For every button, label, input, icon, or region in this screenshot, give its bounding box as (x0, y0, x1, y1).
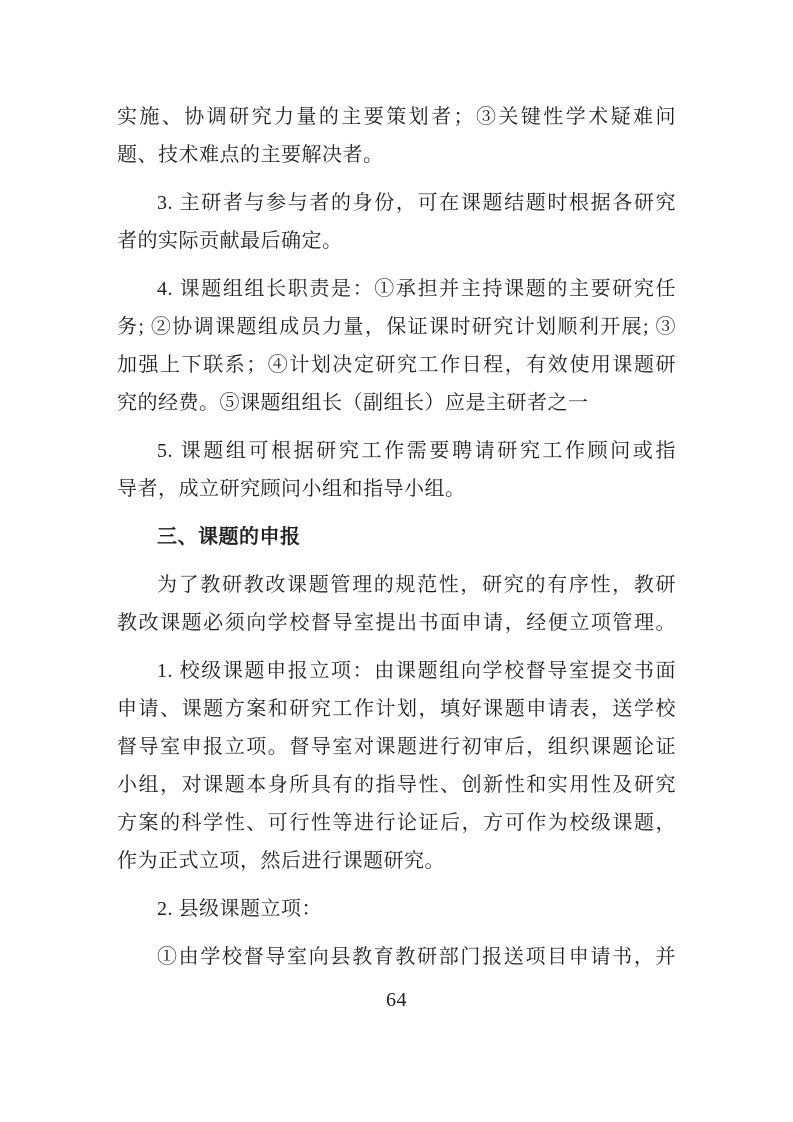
text-line: 申请、课题方案和研究工作计划，填好课题申请表，送学校 (117, 690, 676, 728)
text-line: 究的经费。⑤课题组组长（副组长）应是主研者之一 (117, 384, 676, 422)
text-line: 三、课题的申报 (117, 518, 676, 556)
text-line: 题、技术难点的主要解决者。 (117, 136, 676, 174)
paragraph: 为了教研教改课题管理的规范性，研究的有序性，教研教改课题必须向学校督导室提出书面… (117, 566, 676, 642)
document-body: 实施、协调研究力量的主要策划者；③关键性学术疑难问题、技术难点的主要解决者。3.… (117, 98, 676, 986)
paragraph: 5. 课题组可根据研究工作需要聘请研究工作顾问或指导者，成立研究顾问小组和指导小… (117, 432, 676, 508)
text-line: ①由学校督导室向县教育教研部门报送项目申请书，并 (117, 938, 676, 976)
paragraph: 1. 校级课题申报立项：由课题组向学校督导室提交书面申请、课题方案和研究工作计划… (117, 652, 676, 880)
document-page: 实施、协调研究力量的主要策划者；③关键性学术疑难问题、技术难点的主要解决者。3.… (0, 0, 793, 1122)
text-line: 实施、协调研究力量的主要策划者；③关键性学术疑难问 (117, 98, 676, 136)
paragraph: ①由学校督导室向县教育教研部门报送项目申请书，并 (117, 938, 676, 976)
text-line: 方案的科学性、可行性等进行论证后，方可作为校级课题， (117, 804, 676, 842)
paragraph: 实施、协调研究力量的主要策划者；③关键性学术疑难问题、技术难点的主要解决者。 (117, 98, 676, 174)
text-line: 导者，成立研究顾问小组和指导小组。 (117, 470, 676, 508)
paragraph: 2. 县级课题立项： (117, 890, 676, 928)
page-number: 64 (0, 988, 793, 1012)
text-line: 4. 课题组组长职责是：①承担并主持课题的主要研究任 (117, 270, 676, 308)
text-line: 督导室申报立项。督导室对课题进行初审后，组织课题论证 (117, 728, 676, 766)
section-heading: 三、课题的申报 (117, 518, 676, 556)
paragraph: 3. 主研者与参与者的身份，可在课题结题时根据各研究者的实际贡献最后确定。 (117, 184, 676, 260)
text-line: 作为正式立项，然后进行课题研究。 (117, 842, 676, 880)
text-line: 者的实际贡献最后确定。 (117, 222, 676, 260)
text-line: 务; ②协调课题组成员力量，保证课时研究计划顺利开展; ③ (117, 308, 676, 346)
text-line: 5. 课题组可根据研究工作需要聘请研究工作顾问或指 (117, 432, 676, 470)
text-line: 加强上下联系；④计划决定研究工作日程，有效使用课题研 (117, 346, 676, 384)
text-line: 小组，对课题本身所具有的指导性、创新性和实用性及研究 (117, 766, 676, 804)
paragraph: 4. 课题组组长职责是：①承担并主持课题的主要研究任务; ②协调课题组成员力量，… (117, 270, 676, 422)
text-line: 为了教研教改课题管理的规范性，研究的有序性，教研 (117, 566, 676, 604)
text-line: 教改课题必须向学校督导室提出书面申请，经便立项管理。 (117, 604, 676, 642)
text-line: 2. 县级课题立项： (117, 890, 676, 928)
text-line: 3. 主研者与参与者的身份，可在课题结题时根据各研究 (117, 184, 676, 222)
text-line: 1. 校级课题申报立项：由课题组向学校督导室提交书面 (117, 652, 676, 690)
